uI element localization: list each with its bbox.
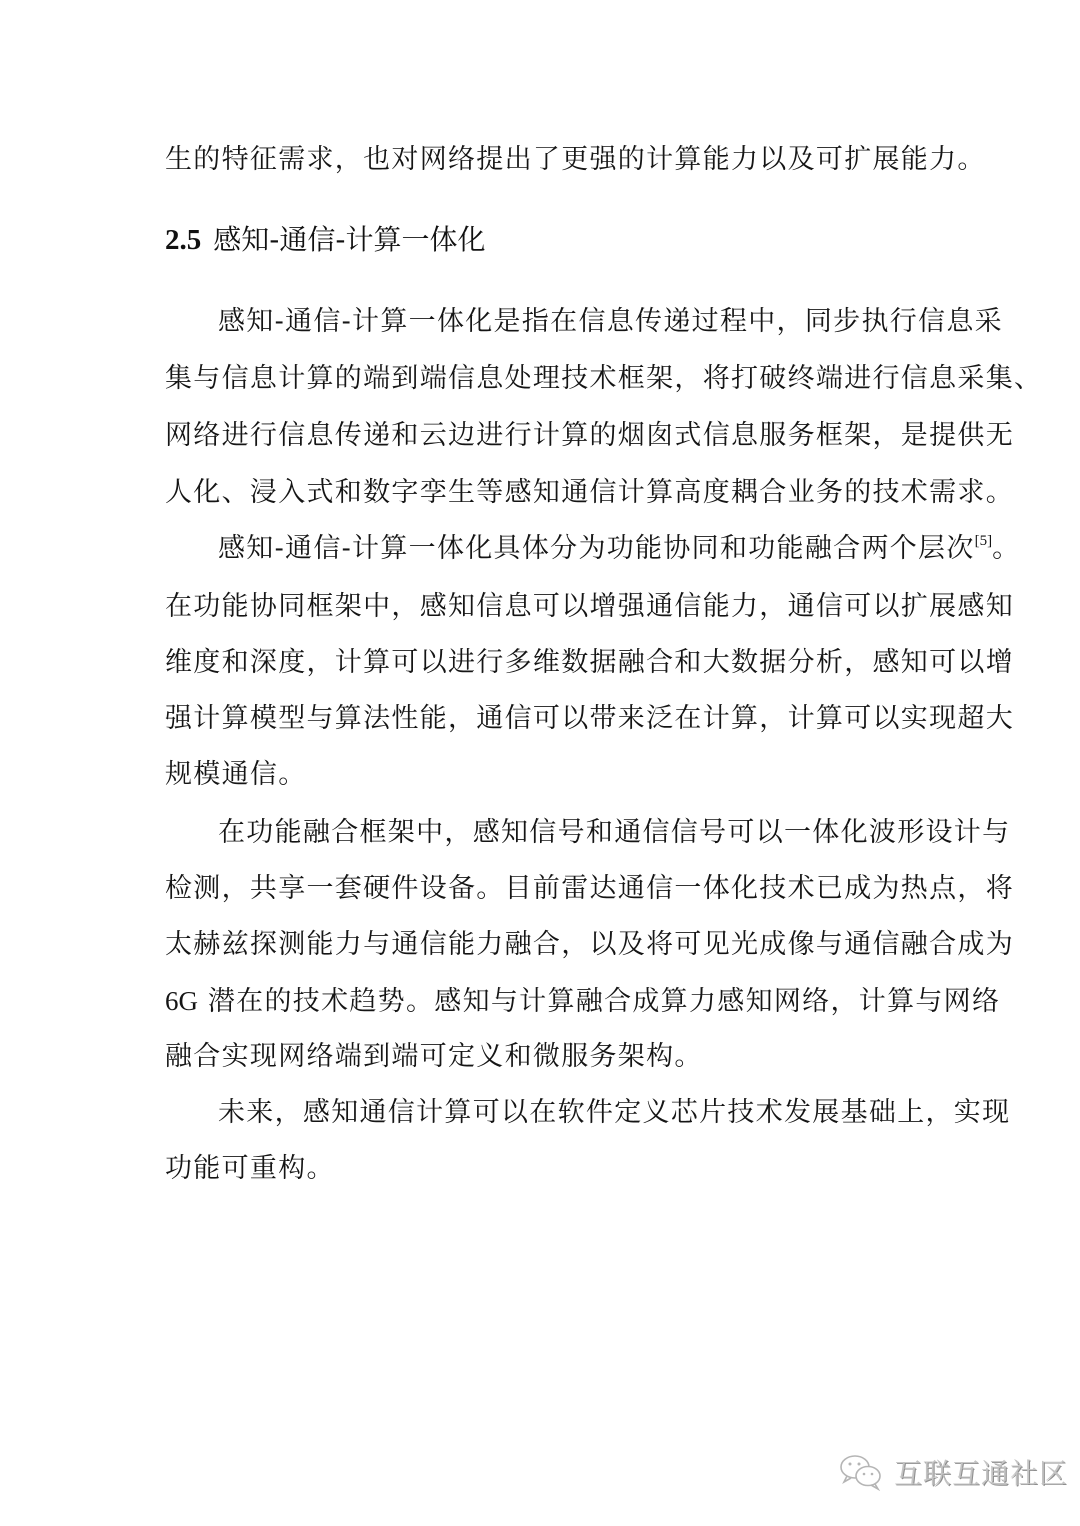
paragraph-line: 感知-通信-计算一体化是指在信息传递过程中，同步执行信息采: [218, 305, 978, 339]
paragraph-line: 检测，共享一套硬件设备。目前雷达通信一体化技术已成为热点，将: [165, 872, 925, 906]
paragraph-line-text: 感知-通信-计算一体化具体分为功能协同和功能融合两个层次: [218, 533, 975, 564]
paragraph-line: 感知-通信-计算一体化具体分为功能协同和功能融合两个层次[5]。: [218, 532, 978, 566]
paragraph-line: 太赫兹探测能力与通信能力融合，以及将可见光成像与通信融合成为: [165, 928, 925, 962]
wechat-icon: [838, 1453, 884, 1491]
watermark-text: 互联互通社区: [894, 1452, 1068, 1492]
paragraph-line: 强计算模型与算法性能，通信可以带来泛在计算，计算可以实现超大: [165, 702, 925, 736]
document-page: 生的特征需求，也对网络提出了更强的计算能力以及可扩展能力。 2.5感知-通信-计…: [0, 0, 1080, 1526]
citation-reference[interactable]: [5]: [975, 533, 993, 549]
section-title: 感知-通信-计算一体化: [213, 223, 485, 256]
paragraph-line: 在功能协同框架中，感知信息可以增强通信能力，通信可以扩展感知: [165, 590, 925, 624]
paragraph-line: 在功能融合框架中，感知信号和通信信号可以一体化波形设计与: [218, 816, 978, 850]
paragraph-line: 维度和深度，计算可以进行多维数据融合和大数据分析，感知可以增: [165, 646, 925, 680]
paragraph-line-text: 潜在的技术趋势。感知与计算融合成算力感知网络，计算与网络: [198, 986, 1000, 1017]
section-heading: 2.5感知-通信-计算一体化: [165, 222, 485, 258]
paragraph-line: 6G 潜在的技术趋势。感知与计算融合成算力感知网络，计算与网络: [165, 984, 925, 1019]
paragraph-line: 未来，感知通信计算可以在软件定义芯片技术发展基础上，实现: [218, 1096, 978, 1130]
watermark: 互联互通社区: [838, 1452, 1068, 1492]
continuation-line: 生的特征需求，也对网络提出了更强的计算能力以及可扩展能力。: [165, 143, 925, 177]
section-number: 2.5: [165, 224, 201, 256]
paragraph-line: 网络进行信息传递和云边进行计算的烟囱式信息服务框架，是提供无: [165, 419, 925, 453]
paragraph-line-prefix: 6G: [165, 986, 198, 1016]
paragraph-line: 融合实现网络端到端可定义和微服务架构。: [165, 1040, 925, 1074]
paragraph-line-tail: 。: [992, 533, 1020, 564]
paragraph-line: 规模通信。: [165, 758, 925, 792]
paragraph-line: 集与信息计算的端到端信息处理技术框架，将打破终端进行信息采集、: [165, 362, 925, 396]
paragraph-line: 人化、浸入式和数字孪生等感知通信计算高度耦合业务的技术需求。: [165, 476, 925, 510]
paragraph-line: 功能可重构。: [165, 1152, 925, 1186]
